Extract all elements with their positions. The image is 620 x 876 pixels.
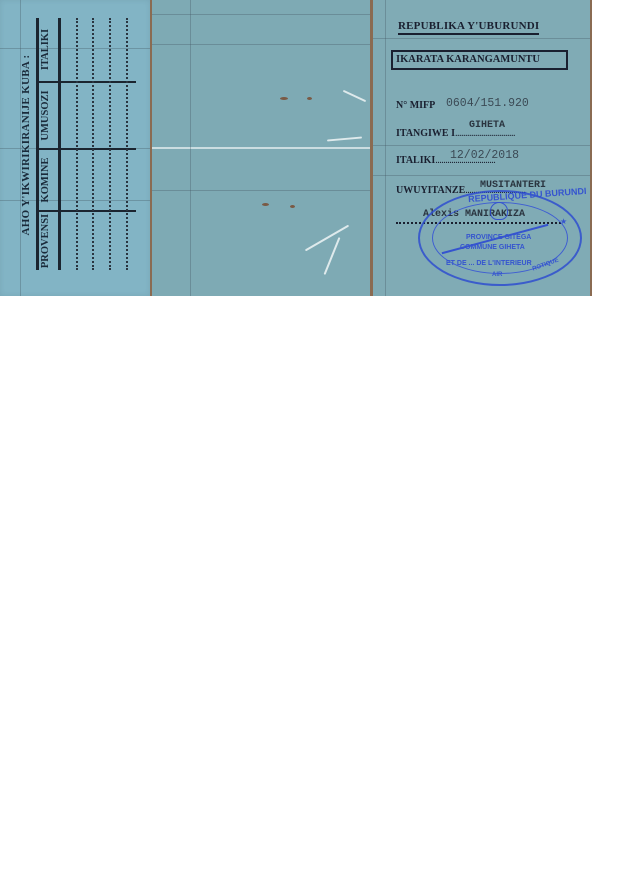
staple-mark <box>262 203 269 206</box>
column-header-komine: KOMINE <box>40 150 51 210</box>
address-table: PROVENSI KOMINE UMUSOZI ITALIKI <box>36 18 136 270</box>
column-header-umusozi: UMUSOZI <box>40 83 51 148</box>
id-card: AHO Y'IKWIRIKIRANIJE KUBA : PROVENSI KOM… <box>0 0 592 296</box>
mifp-label: N° MIFP <box>396 100 435 111</box>
column-header-provensi: PROVENSI <box>40 212 51 270</box>
column-header-italiki: ITALIKI <box>40 18 51 81</box>
staple-mark <box>290 205 295 208</box>
field-mifp-number: N° MIFP <box>396 100 435 111</box>
staple-mark <box>307 97 312 100</box>
left-panel-address-history: AHO Y'IKWIRIKIRANIJE KUBA : PROVENSI KOM… <box>0 0 152 296</box>
address-row-4 <box>126 18 128 270</box>
republic-header: REPUBLIKA Y'UBURUNDI <box>398 20 539 35</box>
staple-mark <box>280 97 288 100</box>
signatory-label: UWUYITANZE <box>396 185 465 196</box>
official-stamp: REPUBLIQUE DU BURUNDI PROVINCE GITEGA CO… <box>418 190 582 286</box>
address-table-rotated: AHO Y'IKWIRIKIRANIJE KUBA : PROVENSI KOM… <box>0 0 150 290</box>
card-title-box: IKARATA KARANGAMUNTU <box>391 50 568 70</box>
mifp-number-value: 0604/151.920 <box>446 97 529 110</box>
issued-at-label: ITANGIWE I <box>396 128 455 139</box>
address-table-title: AHO Y'IKWIRIKIRANIJE KUBA : <box>20 20 32 270</box>
stamp-bottom-small: AIR <box>492 272 502 278</box>
address-row-2 <box>92 18 94 270</box>
coat-of-arms-icon <box>490 202 508 220</box>
stamp-bottom-text: ET DE ... DE L'INTERIEUR <box>446 260 532 267</box>
middle-panel-blank <box>152 0 373 296</box>
issued-at-value: GIHETA <box>469 120 505 131</box>
date-value: 12/02/2018 <box>450 149 519 162</box>
card-title: IKARATA KARANGAMUNTU <box>396 54 540 65</box>
stamp-star-icon: ★ <box>560 217 567 226</box>
date-label: ITALIKI <box>396 155 435 166</box>
address-row-1 <box>76 18 78 270</box>
address-row-3 <box>109 18 111 270</box>
